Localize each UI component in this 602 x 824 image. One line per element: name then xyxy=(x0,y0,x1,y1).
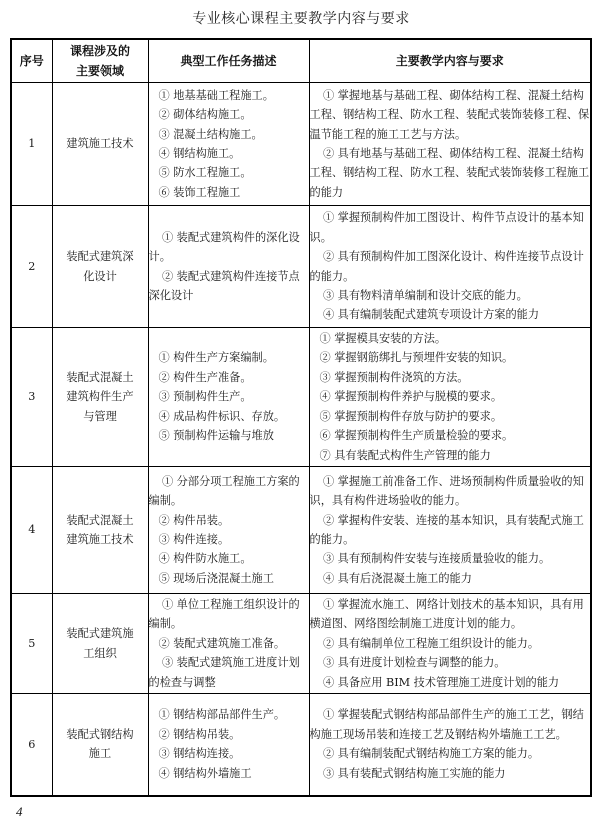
table-row: 6 装配式钢结构 施工 ① 钢结构部品部件生产。 ② 钢结构吊装。 ③ 钢结构连… xyxy=(11,694,591,796)
row-tasks: ① 构件生产方案编制。 ② 构件生产准备。 ③ 预制构件生产。 ④ 成品构件标识… xyxy=(148,328,309,467)
row-tasks: ① 地基基础工程施工。 ② 砌体结构施工。 ③ 混凝土结构施工。 ④ 钢结构施工… xyxy=(148,83,309,206)
task-item: ⑤ 现场后浇混凝土施工 xyxy=(149,569,309,588)
row-tasks: ① 钢结构部品部件生产。 ② 钢结构吊装。 ③ 钢结构连接。 ④ 钢结构外墙施工 xyxy=(148,694,309,796)
content-item: ① 掌握预制构件加工图设计、构件节点设计的基本知识。 xyxy=(310,208,591,247)
task-item: ③ 混凝土结构施工。 xyxy=(149,125,309,144)
row-seq: 6 xyxy=(11,694,52,796)
header-tasks: 典型工作任务描述 xyxy=(148,39,309,83)
task-item: ③ 构件连接。 xyxy=(149,530,309,549)
task-item: ② 构件生产准备。 xyxy=(149,368,309,387)
row-seq: 3 xyxy=(11,328,52,467)
row-seq: 2 xyxy=(11,206,52,328)
content-item: ⑤ 掌握预制构件存放与防护的要求。 xyxy=(310,407,591,426)
task-item: ① 装配式建筑构件的深化设计。 xyxy=(149,228,309,267)
task-item: ④ 构件防水施工。 xyxy=(149,549,309,568)
content-item: ① 掌握地基与基础工程、砌体结构工程、混凝土结构工程、钢结构工程、防水工程、装配… xyxy=(310,86,591,144)
task-item: ① 构件生产方案编制。 xyxy=(149,348,309,367)
header-row: 序号 课程涉及的 主要领域 典型工作任务描述 主要教学内容与要求 xyxy=(11,39,591,83)
table-row: 1 建筑施工技术 ① 地基基础工程施工。 ② 砌体结构施工。 ③ 混凝土结构施工… xyxy=(11,83,591,206)
task-item: ② 钢结构吊装。 xyxy=(149,725,309,744)
row-content: ① 掌握预制构件加工图设计、构件节点设计的基本知识。 ② 具有预制构件加工图深化… xyxy=(309,206,591,328)
task-item: ② 构件吊装。 xyxy=(149,511,309,530)
task-item: ④ 钢结构外墙施工 xyxy=(149,764,309,783)
row-content: ① 掌握流水施工、网络计划技术的基本知识，具有用横道图、网络图绘制施工进度计划的… xyxy=(309,594,591,694)
row-domain: 装配式建筑深 化设计 xyxy=(52,206,148,328)
task-item: ② 装配式建筑施工准备。 xyxy=(149,634,309,653)
task-item: ③ 钢结构连接。 xyxy=(149,744,309,763)
task-item: ① 地基基础工程施工。 xyxy=(149,86,309,105)
row-content: ① 掌握地基与基础工程、砌体结构工程、混凝土结构工程、钢结构工程、防水工程、装配… xyxy=(309,83,591,206)
content-item: ② 具有编制装配式钢结构施工方案的能力。 xyxy=(310,744,591,763)
header-domain: 课程涉及的 主要领域 xyxy=(52,39,148,83)
content-item: ② 掌握钢筋绑扎与预埋件安装的知识。 xyxy=(310,348,591,367)
task-item: ① 分部分项工程施工方案的编制。 xyxy=(149,472,309,511)
content-item: ③ 掌握预制构件浇筑的方法。 xyxy=(310,368,591,387)
content-item: ① 掌握模具安装的方法。 xyxy=(310,329,591,348)
content-item: ③ 具有装配式钢结构施工实施的能力 xyxy=(310,764,591,783)
content-item: ⑥ 掌握预制构件生产质量检验的要求。 xyxy=(310,426,591,445)
task-item: ⑤ 预制构件运输与堆放 xyxy=(149,426,309,445)
content-item: ② 具有预制构件加工图深化设计、构件连接节点设计的能力。 xyxy=(310,247,591,286)
page-number: 4 xyxy=(16,804,23,820)
row-seq: 5 xyxy=(11,594,52,694)
row-domain: 装配式钢结构 施工 xyxy=(52,694,148,796)
header-domain-line2: 主要领域 xyxy=(53,61,148,81)
task-item: ① 钢结构部品部件生产。 xyxy=(149,705,309,724)
task-item: ⑤ 防水工程施工。 xyxy=(149,163,309,182)
task-item: ③ 预制构件生产。 xyxy=(149,387,309,406)
table-row: 5 装配式建筑施 工组织 ① 单位工程施工组织设计的编制。 ② 装配式建筑施工准… xyxy=(11,594,591,694)
row-tasks: ① 分部分项工程施工方案的编制。 ② 构件吊装。 ③ 构件连接。 ④ 构件防水施… xyxy=(148,467,309,594)
task-item: ① 单位工程施工组织设计的编制。 xyxy=(149,595,309,634)
content-item: ① 掌握装配式钢结构部品部件生产的施工工艺，钢结构施工现场吊装和连接工艺及钢结构… xyxy=(310,705,591,744)
task-item: ④ 成品构件标识、存放。 xyxy=(149,407,309,426)
content-item: ④ 具有编制装配式建筑专项设计方案的能力 xyxy=(310,305,591,324)
content-item: ④ 具备应用 BIM 技术管理施工进度计划的能力 xyxy=(310,673,591,692)
task-item: ④ 钢结构施工。 xyxy=(149,144,309,163)
content-item: ② 具有地基与基础工程、砌体结构工程、混凝土结构工程、钢结构工程、防水工程、装配… xyxy=(310,144,591,202)
content-item: ② 掌握构件安装、连接的基本知识，具有装配式施工的能力。 xyxy=(310,511,591,550)
header-domain-line1: 课程涉及的 xyxy=(53,41,148,61)
row-tasks: ① 装配式建筑构件的深化设计。 ② 装配式建筑构件连接节点深化设计 xyxy=(148,206,309,328)
row-tasks: ① 单位工程施工组织设计的编制。 ② 装配式建筑施工准备。 ③ 装配式建筑施工进… xyxy=(148,594,309,694)
row-content: ① 掌握施工前准备工作、进场预制构件质量验收的知识，具有构件进场验收的能力。 ②… xyxy=(309,467,591,594)
content-item: ① 掌握施工前准备工作、进场预制构件质量验收的知识，具有构件进场验收的能力。 xyxy=(310,472,591,511)
content-item: ③ 具有物料清单编制和设计交底的能力。 xyxy=(310,286,591,305)
task-item: ⑥ 装饰工程施工 xyxy=(149,183,309,202)
content-item: ② 具有编制单位工程施工组织设计的能力。 xyxy=(310,634,591,653)
task-item: ② 砌体结构施工。 xyxy=(149,105,309,124)
row-domain: 装配式混凝土 建筑施工技术 xyxy=(52,467,148,594)
row-seq: 1 xyxy=(11,83,52,206)
table-title: 专业核心课程主要教学内容与要求 xyxy=(0,8,602,28)
row-domain: 建筑施工技术 xyxy=(52,83,148,206)
table-row: 4 装配式混凝土 建筑施工技术 ① 分部分项工程施工方案的编制。 ② 构件吊装。… xyxy=(11,467,591,594)
content-item: ③ 具有预制构件安装与连接质量验收的能力。 xyxy=(310,549,591,568)
task-item: ② 装配式建筑构件连接节点深化设计 xyxy=(149,267,309,306)
curriculum-table: 序号 课程涉及的 主要领域 典型工作任务描述 主要教学内容与要求 1 建筑施工技… xyxy=(10,38,592,797)
table-row: 3 装配式混凝土 建筑构件生产 与管理 ① 构件生产方案编制。 ② 构件生产准备… xyxy=(11,328,591,467)
row-content: ① 掌握模具安装的方法。 ② 掌握钢筋绑扎与预埋件安装的知识。 ③ 掌握预制构件… xyxy=(309,328,591,467)
content-item: ⑦ 具有装配式构件生产管理的能力 xyxy=(310,446,591,465)
content-item: ① 掌握流水施工、网络计划技术的基本知识，具有用横道图、网络图绘制施工进度计划的… xyxy=(310,595,591,634)
row-seq: 4 xyxy=(11,467,52,594)
row-domain: 装配式混凝土 建筑构件生产 与管理 xyxy=(52,328,148,467)
header-content: 主要教学内容与要求 xyxy=(309,39,591,83)
row-domain: 装配式建筑施 工组织 xyxy=(52,594,148,694)
content-item: ③ 具有进度计划检查与调整的能力。 xyxy=(310,653,591,672)
content-item: ④ 具有后浇混凝土施工的能力 xyxy=(310,569,591,588)
table-row: 2 装配式建筑深 化设计 ① 装配式建筑构件的深化设计。 ② 装配式建筑构件连接… xyxy=(11,206,591,328)
header-seq: 序号 xyxy=(11,39,52,83)
row-content: ① 掌握装配式钢结构部品部件生产的施工工艺，钢结构施工现场吊装和连接工艺及钢结构… xyxy=(309,694,591,796)
task-item: ③ 装配式建筑施工进度计划的检查与调整 xyxy=(149,653,309,692)
content-item: ④ 掌握预制构件养护与脱模的要求。 xyxy=(310,387,591,406)
